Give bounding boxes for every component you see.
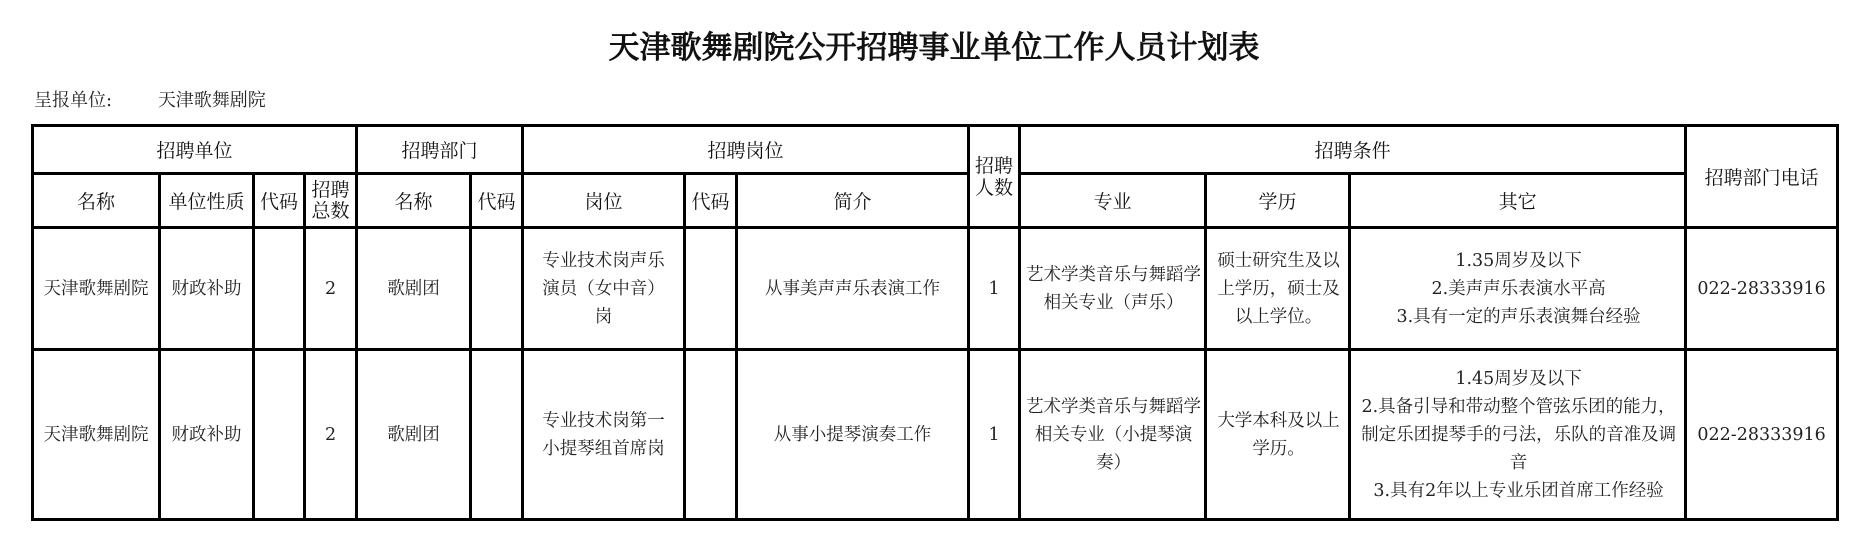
other-line: 3.具有一定的声乐表演舞台经验 (1353, 303, 1684, 331)
cell-position-name: 专业技术岗声乐 演员（女中音） 岗 (523, 228, 685, 350)
header-recruit-conditions: 招聘条件 (1020, 126, 1686, 174)
cell-phone: 022-28333916 (1686, 350, 1838, 520)
position-line: 岗 (530, 303, 677, 331)
header-education: 学历 (1206, 174, 1350, 228)
header-position-code: 代码 (685, 174, 737, 228)
cell-dept-code (471, 228, 523, 350)
other-line: 2.美声声乐表演水平高 (1353, 275, 1684, 303)
cell-position-code (685, 228, 737, 350)
reporting-unit: 呈报单位: 天津歌舞剧院 (34, 86, 266, 112)
position-line: 演员（女中音） (530, 275, 677, 303)
header-recruiting-position: 招聘岗位 (523, 126, 969, 174)
position-line: 专业技术岗声乐 (530, 247, 677, 275)
header-position-name: 岗位 (523, 174, 685, 228)
position-line: 专业技术岗第一 (530, 407, 677, 435)
other-line: 1.35周岁及以下 (1353, 247, 1684, 275)
cell-major: 艺术学类音乐与舞蹈学相关专业（声乐） (1020, 228, 1206, 350)
header-unit-type: 单位性质 (160, 174, 254, 228)
header-other: 其它 (1350, 174, 1686, 228)
cell-other: 1.45周岁及以下 2.具备引导和带动整个管弦乐团的能力，制定乐团提琴手的弓法，… (1350, 350, 1686, 520)
cell-dept-name: 歌剧团 (357, 350, 471, 520)
cell-dept-name: 歌剧团 (357, 228, 471, 350)
cell-unit-code (254, 228, 305, 350)
header-recruiting-dept: 招聘部门 (357, 126, 523, 174)
table-row: 天津歌舞剧院 财政补助 2 歌剧团 专业技术岗第一 小提琴组首席岗 从事小提琴演… (33, 350, 1838, 520)
header-recruiting-unit: 招聘单位 (33, 126, 357, 174)
header-unit-name: 名称 (33, 174, 160, 228)
header-recruit-count-line1: 招聘 (970, 155, 1018, 177)
position-line: 小提琴组首席岗 (530, 435, 677, 463)
page-title: 天津歌舞剧院公开招聘事业单位工作人员计划表 (0, 22, 1868, 67)
cell-count: 1 (969, 350, 1020, 520)
header-major: 专业 (1020, 174, 1206, 228)
table-row: 天津歌舞剧院 财政补助 2 歌剧团 专业技术岗声乐 演员（女中音） 岗 从事美声… (33, 228, 1838, 350)
cell-education: 硕士研究生及以上学历，硕士及以上学位。 (1206, 228, 1350, 350)
cell-position-desc: 从事小提琴演奏工作 (737, 350, 969, 520)
header-dept-phone: 招聘部门电话 (1686, 126, 1838, 228)
cell-unit-name: 天津歌舞剧院 (33, 350, 160, 520)
group-header-row: 招聘单位 招聘部门 招聘岗位 招聘 人数 招聘条件 招聘部门电话 (33, 126, 1838, 174)
header-recruit-count: 招聘 人数 (969, 126, 1020, 228)
header-dept-code: 代码 (471, 174, 523, 228)
header-recruit-count-line2: 人数 (970, 177, 1018, 199)
cell-position-name: 专业技术岗第一 小提琴组首席岗 (523, 350, 685, 520)
cell-count: 1 (969, 228, 1020, 350)
cell-dept-code (471, 350, 523, 520)
cell-unit-code (254, 350, 305, 520)
header-unit-code: 代码 (254, 174, 305, 228)
header-unit-total-line2: 总数 (306, 201, 355, 222)
header-dept-name: 名称 (357, 174, 471, 228)
cell-unit-total: 2 (305, 350, 357, 520)
other-line: 1.45周岁及以下 (1353, 365, 1684, 393)
cell-unit-type: 财政补助 (160, 228, 254, 350)
cell-position-code (685, 350, 737, 520)
cell-phone: 022-28333916 (1686, 228, 1838, 350)
header-unit-total: 招聘 总数 (305, 174, 357, 228)
sub-header-row: 名称 单位性质 代码 招聘 总数 名称 代码 岗位 代码 简介 专业 学历 其它 (33, 174, 1838, 228)
header-unit-total-line1: 招聘 (306, 180, 355, 201)
cell-major: 艺术学类音乐与舞蹈学相关专业（小提琴演奏） (1020, 350, 1206, 520)
other-line: 3.具有2年以上专业乐团首席工作经验 (1353, 477, 1684, 505)
cell-unit-total: 2 (305, 228, 357, 350)
reporting-unit-value: 天津歌舞剧院 (158, 90, 266, 111)
recruitment-plan-table: 招聘单位 招聘部门 招聘岗位 招聘 人数 招聘条件 招聘部门电话 名称 单位性质… (31, 124, 1839, 521)
cell-unit-type: 财政补助 (160, 350, 254, 520)
other-line: 2.具备引导和带动整个管弦乐团的能力，制定乐团提琴手的弓法，乐队的音准及调音 (1353, 393, 1684, 477)
cell-unit-name: 天津歌舞剧院 (33, 228, 160, 350)
cell-other: 1.35周岁及以下 2.美声声乐表演水平高 3.具有一定的声乐表演舞台经验 (1350, 228, 1686, 350)
header-position-desc: 简介 (737, 174, 969, 228)
reporting-unit-label: 呈报单位: (34, 90, 112, 111)
cell-education: 大学本科及以上学历。 (1206, 350, 1350, 520)
cell-position-desc: 从事美声声乐表演工作 (737, 228, 969, 350)
